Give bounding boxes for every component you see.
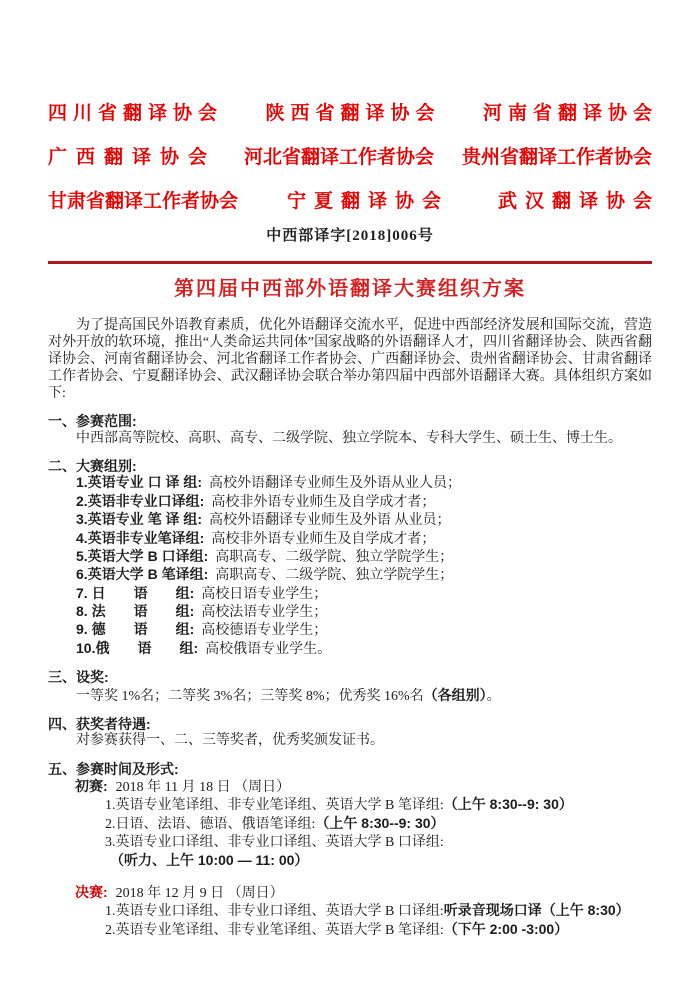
group-row: 3.英语专业 笔 译 组:高校外语翻译专业师生及外语 从业员； [48,511,652,529]
section-treatment-body: 对参赛获得一、二、三等奖者，优秀奖颁发证书。 [48,733,652,749]
schedule-item-text: 2.英语专业笔译组、非专业笔译组、英语大学 B 笔译组: [105,923,444,938]
group-desc: 高校非外语专业师生及自学成才者； [211,532,435,547]
section-title: 大赛组别: [76,458,137,474]
section-scope: 一、参赛范围: 中西部高等院校、高职、高专、二级学院、独立学院本、专科大学生、硕… [48,413,652,447]
group-desc: 高校日语专业学生； [201,587,327,602]
awards-bold-note: （各组别） [424,687,487,703]
association-name: 武汉翻译协会 [498,191,660,213]
group-name: 4.英语非专业笔译组: [76,530,204,546]
section-title: 参赛时间及形式: [76,761,179,777]
schedule-item-time: （上午 8:30--9: 30） [444,796,573,812]
final-date: 2018 年 12 月 9 日 （周日） [116,886,284,901]
section-number: 二、 [48,458,76,474]
schedule-item-time: （下午 2:00 -3:00） [444,921,568,937]
association-row-2: 广西翻译协会 河北省翻译工作者协会 贵州省翻译工作者协会 [48,136,652,180]
group-row: 8. 法 语 组:高校法语专业学生； [48,603,652,621]
document-title: 第四届中西部外语翻译大赛组织方案 [48,278,652,301]
schedule-item-text: 2.日语、法语、德语、俄语笔译组: [105,817,315,832]
group-name: 3.英语专业 笔 译 组: [76,511,202,527]
group-row: 9. 德 语 组:高校德语专业学生； [48,621,652,639]
preliminary-round-heading: 初赛:2018 年 11 月 18 日 （周日） [48,778,652,796]
listening-time-note: （听力、上午 10:00 — 11: 00） [48,852,652,868]
section-title: 参赛范围: [76,413,137,429]
section-awards-body: 一等奖 1%名；二等奖 3%名；三等奖 8%；优秀奖 16%名（各组别）。 [48,687,652,705]
group-desc: 高校外语翻译专业师生及外语从业人员； [209,476,461,491]
association-name: 贵州省翻译工作者协会 [462,147,652,169]
intro-paragraph: 为了提高国民外语教育素质，优化外语翻译交流水平，促进中西部经济发展和国际交流，营… [48,317,652,402]
group-row: 1.英语专业 口 译 组:高校外语翻译专业师生及外语从业人员； [48,474,652,492]
association-row-3: 甘肃省翻译工作者协会 宁夏翻译协会 武汉翻译协会 [48,180,652,224]
schedule-item-time: （上午 8:30--9: 30） [315,815,444,831]
association-header: 四川省翻译协会 陕西省翻译协会 河南省翻译协会 广西翻译协会 河北省翻译工作者协… [48,92,652,224]
group-row: 6.英语大学 B 笔译组:高职高专、二级学院、独立学院学生； [48,566,652,584]
group-desc: 高校德语专业学生； [201,623,327,638]
preliminary-round: 初赛:2018 年 11 月 18 日 （周日） 1.英语专业笔译组、非专业笔译… [48,778,652,868]
association-name: 河北省翻译工作者协会 [244,147,434,169]
section-groups-heading: 二、大赛组别: [48,458,652,474]
schedule-item-text: 3.英语专业口译组、非专业口译组、英语大学 B 口译组: [105,835,444,850]
section-number: 五、 [48,761,76,777]
section-schedule: 五、参赛时间及形式: 初赛:2018 年 11 月 18 日 （周日） 1.英语… [48,761,652,939]
group-name: 1.英语专业 口 译 组: [76,474,202,490]
group-row: 5.英语大学 B 口译组:高职高专、二级学院、独立学院学生； [48,548,652,566]
section-treatment-heading: 四、获奖者待遇: [48,716,652,732]
section-number: 四、 [48,716,76,732]
group-row: 7. 日 语 组:高校日语专业学生； [48,585,652,603]
section-groups: 二、大赛组别: 1.英语专业 口 译 组:高校外语翻译专业师生及外语从业人员； … [48,458,652,658]
section-awards: 三、设奖: 一等奖 1%名；二等奖 3%名；三等奖 8%；优秀奖 16%名（各组… [48,669,652,705]
group-name: 5.英语大学 B 口译组: [76,548,208,564]
group-name: 7. 日 语 组: [76,585,194,601]
section-title: 设奖: [76,669,109,685]
group-row: 10.俄 语 组:高校俄语专业学生。 [48,640,652,658]
association-name: 宁夏翻译协会 [287,191,449,213]
association-name: 陕西省翻译协会 [265,103,440,125]
preliminary-label: 初赛: [75,778,108,794]
section-scope-heading: 一、参赛范围: [48,413,652,429]
group-desc: 高校法语专业学生； [201,605,327,620]
group-name: 2.英语非专业口译组: [76,493,204,509]
schedule-item: 2.英语专业笔译组、非专业笔译组、英语大学 B 笔译组:（下午 2:00 -3:… [48,921,652,939]
section-number: 一、 [48,413,76,429]
association-name: 广西翻译协会 [48,147,216,169]
group-row: 4.英语非专业笔译组:高校非外语专业师生及自学成才者； [48,530,652,548]
schedule-item-text: 1.英语专业口译组、非专业口译组、英语大学 B 口译组: [105,904,444,919]
group-desc: 高校非外语专业师生及自学成才者； [211,495,435,510]
group-name: 9. 德 语 组: [76,621,194,637]
awards-text: 一等奖 1%名；二等奖 3%名；三等奖 8%；优秀奖 16%名 [76,689,424,704]
association-name: 四川省翻译协会 [48,103,223,125]
association-row-1: 四川省翻译协会 陕西省翻译协会 河南省翻译协会 [48,92,652,136]
association-name: 甘肃省翻译工作者协会 [48,191,238,213]
group-name: 8. 法 语 组: [76,603,194,619]
group-name: 10.俄 语 组: [76,640,198,656]
schedule-item-time: 听录音现场口译（上午 8:30） [444,902,630,918]
final-round-heading: 决赛:2018 年 12 月 9 日 （周日） [48,884,652,902]
doc-number: 中西部译字[2018]006号 [48,228,652,246]
group-desc: 高校俄语专业学生。 [205,642,331,657]
document-page: 四川省翻译协会 陕西省翻译协会 河南省翻译协会 广西翻译协会 河北省翻译工作者协… [0,0,700,990]
section-number: 三、 [48,669,76,685]
schedule-item-text: 1.英语专业笔译组、非专业笔译组、英语大学 B 笔译组: [105,798,444,813]
schedule-item: 1.英语专业口译组、非专业口译组、英语大学 B 口译组:听录音现场口译（上午 8… [48,902,652,920]
group-name: 6.英语大学 B 笔译组: [76,566,208,582]
schedule-item: 2.日语、法语、德语、俄语笔译组:（上午 8:30--9: 30） [48,815,652,833]
group-desc: 高校外语翻译专业师生及外语 从业员； [209,513,451,528]
red-divider-line [48,261,652,264]
group-desc: 高职高专、二级学院、独立学院学生； [215,550,453,565]
section-treatment: 四、获奖者待遇: 对参赛获得一、二、三等奖者，优秀奖颁发证书。 [48,716,652,750]
section-awards-heading: 三、设奖: [48,669,652,685]
final-round: 决赛:2018 年 12 月 9 日 （周日） 1.英语专业口译组、非专业口译组… [48,884,652,939]
final-label: 决赛: [75,884,108,900]
section-schedule-heading: 五、参赛时间及形式: [48,761,652,777]
preliminary-date: 2018 年 11 月 18 日 （周日） [116,780,290,795]
association-name: 河南省翻译协会 [483,103,658,125]
schedule-item: 3.英语专业口译组、非专业口译组、英语大学 B 口译组: [48,833,652,851]
group-desc: 高职高专、二级学院、独立学院学生； [215,568,453,583]
schedule-item: 1.英语专业笔译组、非专业笔译组、英语大学 B 笔译组:（上午 8:30--9:… [48,796,652,814]
section-scope-body: 中西部高等院校、高职、高专、二级学院、独立学院本、专科大学生、硕士生、博士生。 [48,431,652,447]
group-row: 2.英语非专业口译组:高校非外语专业师生及自学成才者； [48,493,652,511]
awards-tail: 。 [487,689,501,704]
section-title: 获奖者待遇: [76,716,151,732]
